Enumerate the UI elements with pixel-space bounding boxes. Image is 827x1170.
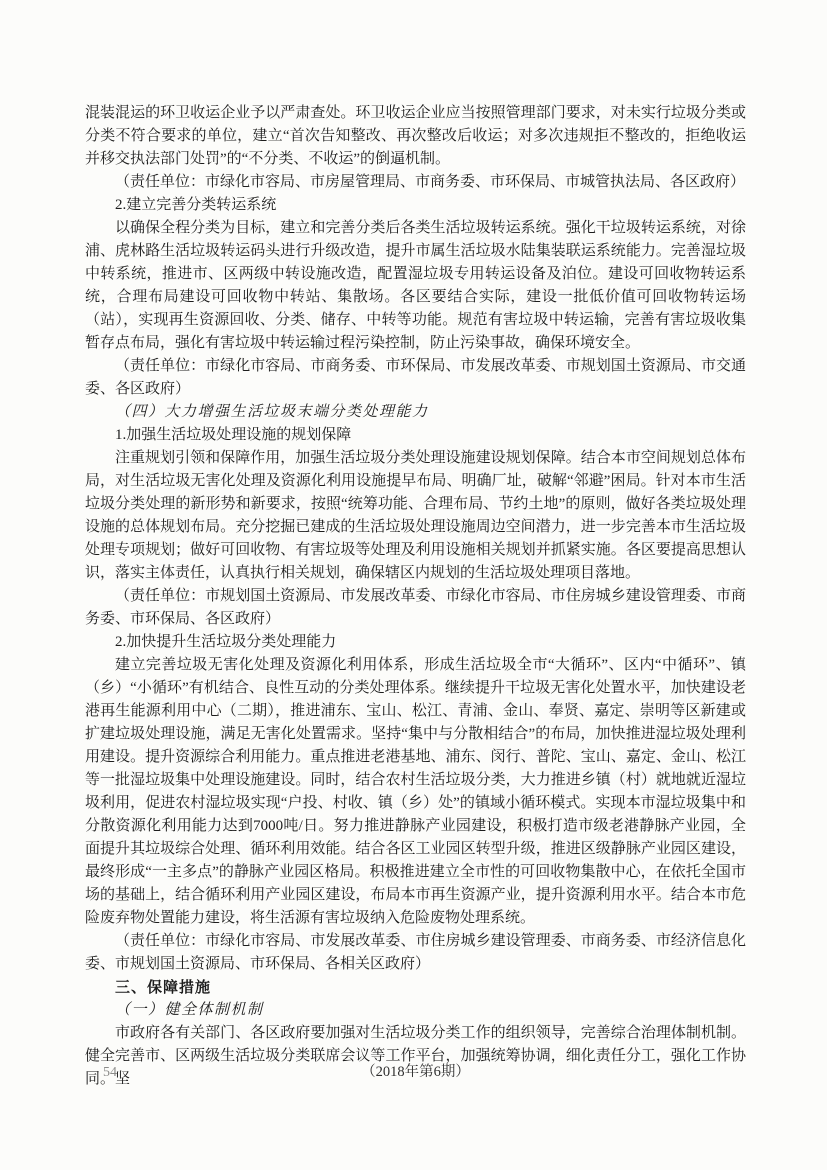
document-body: 混装混运的环卫收运企业予以严肃查处。环卫收运企业应当按照管理部门要求，对未实行垃… bbox=[85, 102, 746, 1091]
paragraph: 三、保障措施 bbox=[85, 976, 746, 999]
paragraph: 注重规划引领和保障作用，加强生活垃圾分类处理设施建设规划保障。结合本市空间规划总… bbox=[85, 447, 746, 585]
paragraph: （责任单位：市绿化市容局、市发展改革委、市住房城乡建设管理委、市商务委、市经济信… bbox=[85, 930, 746, 976]
paragraph: 混装混运的环卫收运企业予以严肃查处。环卫收运企业应当按照管理部门要求，对未实行垃… bbox=[85, 102, 746, 171]
paragraph: （责任单位：市绿化市容局、市商务委、市环保局、市发展改革委、市规划国土资源局、市… bbox=[85, 355, 746, 401]
paragraph: （四）大力增强生活垃圾末端分类处理能力 bbox=[85, 401, 746, 424]
page-footer: 54 （2018年第6期） bbox=[85, 1061, 746, 1084]
paragraph: （一）健全体制机制 bbox=[85, 999, 746, 1022]
document-page: 混装混运的环卫收运企业予以严肃查处。环卫收运企业应当按照管理部门要求，对未实行垃… bbox=[0, 0, 827, 1170]
issue-label: （2018年第6期） bbox=[85, 1061, 746, 1084]
paragraph: 2.加快提升生活垃圾分类处理能力 bbox=[85, 631, 746, 654]
paragraph: 2.建立完善分类转运系统 bbox=[85, 194, 746, 217]
paragraph: 建立完善垃圾无害化处理及资源化利用体系，形成生活垃圾全市“大循环”、区内“中循环… bbox=[85, 654, 746, 930]
paragraph: （责任单位：市绿化市容局、市房屋管理局、市商务委、市环保局、市城管执法局、各区政… bbox=[85, 171, 746, 194]
paragraph: 1.加强生活垃圾处理设施的规划保障 bbox=[85, 424, 746, 447]
paragraph: 以确保全程分类为目标，建立和完善分类后各类生活垃圾转运系统。强化干垃圾转运系统，… bbox=[85, 217, 746, 355]
paragraph: （责任单位：市规划国土资源局、市发展改革委、市绿化市容局、市住房城乡建设管理委、… bbox=[85, 585, 746, 631]
